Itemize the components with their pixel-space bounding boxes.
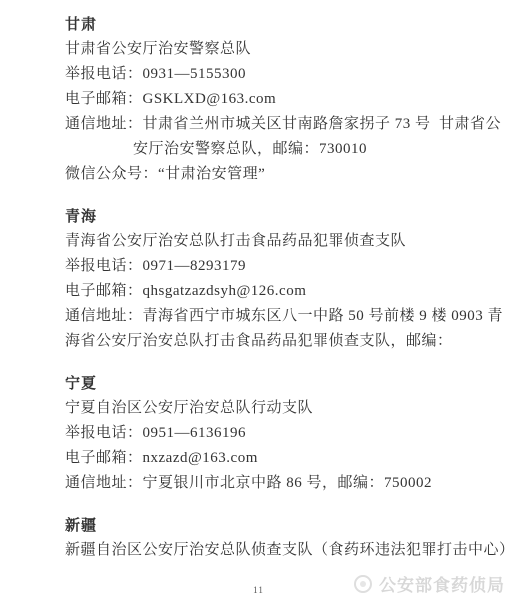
contact-line: 通信地址：青海省西宁市城东区八一中路 50 号前楼 9 楼 0903 青 — [65, 304, 482, 329]
contact-line: 宁夏自治区公安厅治安总队行动支队 — [65, 396, 482, 421]
contact-line: 海省公安厅治安总队打击食品药品犯罪侦查支队，邮编： — [65, 329, 482, 354]
contact-section: 甘肃甘肃省公安厅治安警察总队举报电话：0931—5155300电子邮箱：GSKL… — [65, 12, 482, 187]
contact-line: 举报电话：0951—6136196 — [65, 421, 482, 446]
contact-line: 甘肃省公安厅治安警察总队 — [65, 37, 482, 62]
contact-line: 电子邮箱：nxzazd@163.com — [65, 446, 482, 471]
contact-line: 青海省公安厅治安总队打击食品药品犯罪侦查支队 — [65, 229, 482, 254]
watermark: 公安部食药侦局 — [354, 571, 505, 596]
contact-line: 新疆自治区公安厅治安总队侦查支队（食药环违法犯罪打击中心） — [65, 538, 482, 563]
contact-line: 电子邮箱：GSKLXD@163.com — [65, 87, 482, 112]
contact-line: 通信地址：宁夏银川市北京中路 86 号，邮编：750002 — [65, 471, 482, 496]
contact-line: 微信公众号：“甘肃治安管理” — [65, 162, 482, 187]
contact-line: 通信地址：甘肃省兰州市城关区甘南路詹家拐子 73 号 甘肃省公 — [65, 112, 482, 137]
document-page: 甘肃甘肃省公安厅治安警察总队举报电话：0931—5155300电子邮箱：GSKL… — [0, 0, 517, 604]
contact-line: 举报电话：0931—5155300 — [65, 62, 482, 87]
contact-section: 新疆新疆自治区公安厅治安总队侦查支队（食药环违法犯罪打击中心） — [65, 513, 482, 563]
police-emblem-icon — [354, 575, 372, 593]
page-footer: 11 公安部食药侦局 — [0, 564, 517, 604]
contact-line: 举报电话：0971—8293179 — [65, 254, 482, 279]
contact-section: 青海青海省公安厅治安总队打击食品药品犯罪侦查支队举报电话：0971—829317… — [65, 204, 482, 354]
watermark-text: 公安部食药侦局 — [379, 571, 505, 596]
region-heading: 甘肃 — [65, 12, 482, 37]
contact-section: 宁夏宁夏自治区公安厅治安总队行动支队举报电话：0951—6136196电子邮箱：… — [65, 371, 482, 496]
region-heading: 青海 — [65, 204, 482, 229]
contact-directory: 甘肃甘肃省公安厅治安警察总队举报电话：0931—5155300电子邮箱：GSKL… — [65, 12, 482, 580]
region-heading: 宁夏 — [65, 371, 482, 396]
contact-line: 安厅治安警察总队，邮编：730010 — [133, 137, 482, 162]
contact-line: 电子邮箱：qhsgatzazdsyh@126.com — [65, 279, 482, 304]
region-heading: 新疆 — [65, 513, 482, 538]
